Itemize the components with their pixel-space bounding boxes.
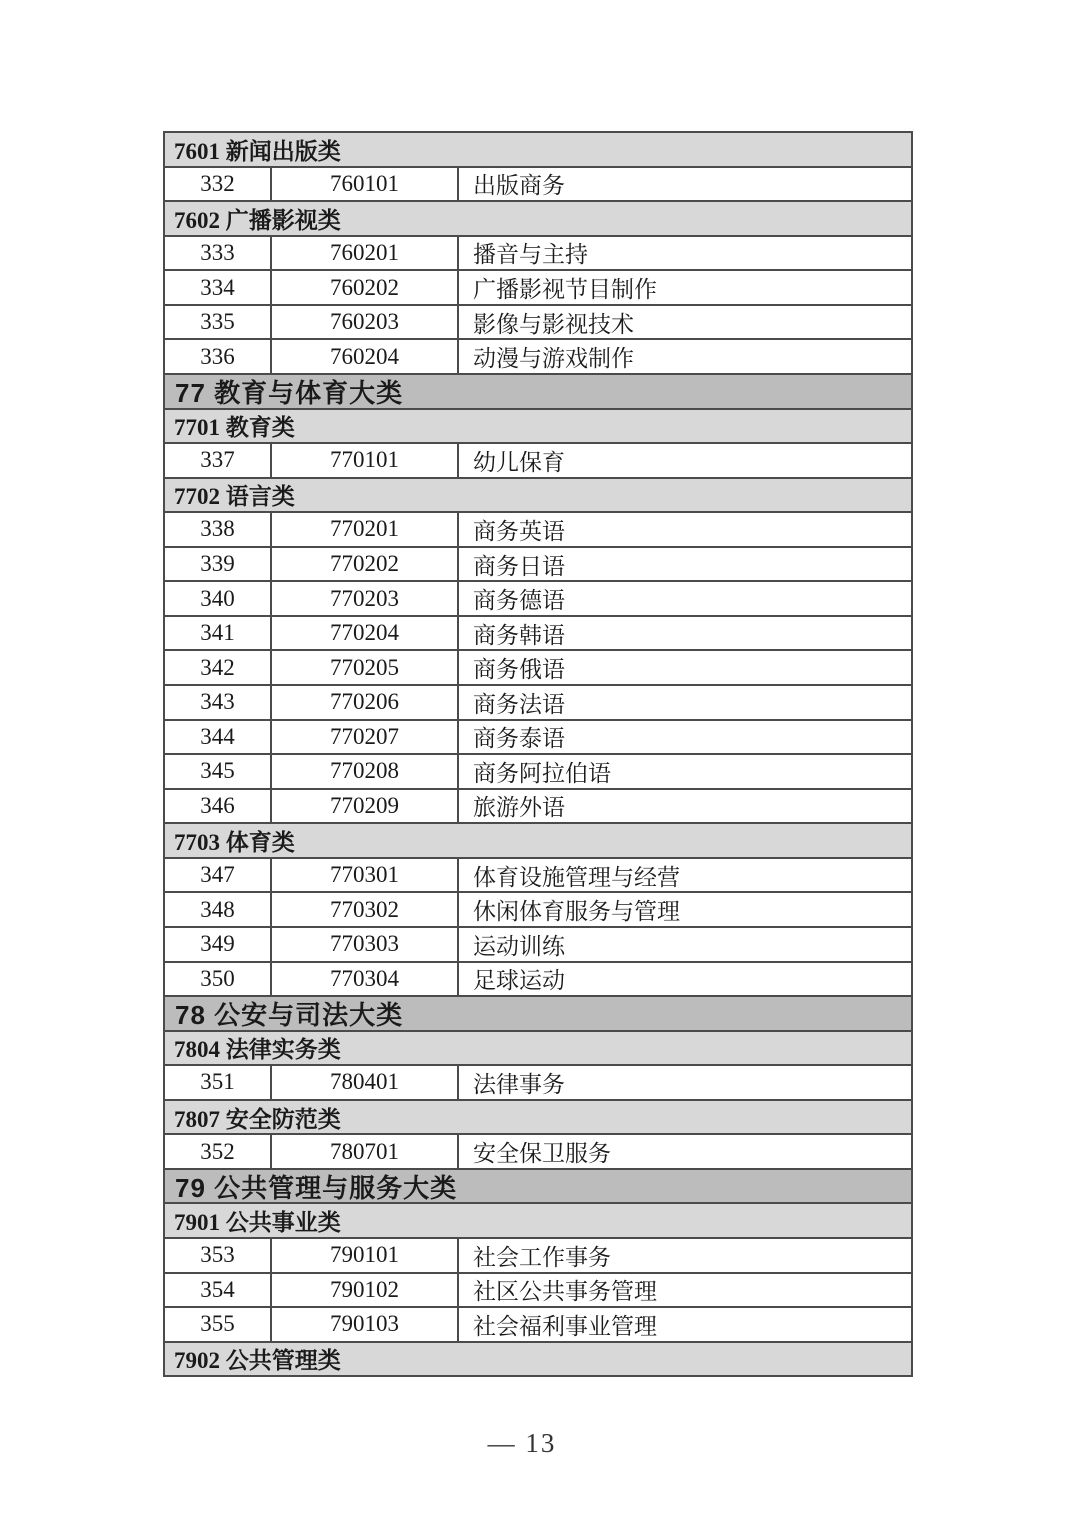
table-row: 353790101社会工作事务	[165, 1239, 911, 1274]
code-cell: 760201	[270, 237, 459, 270]
table-row: 347770301体育设施管理与经营	[165, 859, 911, 894]
table-row: 339770202商务日语	[165, 548, 911, 583]
name-cell: 播音与主持	[459, 237, 911, 270]
name-cell: 安全保卫服务	[459, 1135, 911, 1168]
table-row: 349770303运动训练	[165, 928, 911, 963]
seq-cell: 352	[165, 1135, 270, 1168]
seq-cell: 348	[165, 893, 270, 926]
name-cell: 幼儿保育	[459, 444, 911, 477]
name-cell: 休闲体育服务与管理	[459, 893, 911, 926]
subcategory-header-row: 7602 广播影视类	[165, 202, 911, 237]
code-cell: 760101	[270, 168, 459, 201]
table-row: 345770208商务阿拉伯语	[165, 755, 911, 790]
code-cell: 770206	[270, 686, 459, 719]
table-row: 336760204动漫与游戏制作	[165, 340, 911, 375]
code-cell: 770303	[270, 928, 459, 961]
subcategory-header-row: 7701 教育类	[165, 410, 911, 445]
code-cell: 770207	[270, 721, 459, 754]
name-cell: 社区公共事务管理	[459, 1274, 911, 1307]
name-cell: 商务阿拉伯语	[459, 755, 911, 788]
table-row: 342770205商务俄语	[165, 651, 911, 686]
category-header-row: 77 教育与体育大类	[165, 375, 911, 410]
seq-cell: 333	[165, 237, 270, 270]
code-cell: 770204	[270, 617, 459, 650]
code-cell: 770209	[270, 790, 459, 823]
seq-cell: 334	[165, 271, 270, 304]
subcategory-header-row: 7703 体育类	[165, 824, 911, 859]
code-cell: 770203	[270, 582, 459, 615]
seq-cell: 353	[165, 1239, 270, 1272]
code-cell: 770205	[270, 651, 459, 684]
name-cell: 商务法语	[459, 686, 911, 719]
code-cell: 770304	[270, 963, 459, 996]
seq-cell: 335	[165, 306, 270, 339]
table-row: 350770304足球运动	[165, 963, 911, 998]
subcategory-header-row: 7702 语言类	[165, 479, 911, 514]
subcategory-header-row: 7901 公共事业类	[165, 1204, 911, 1239]
name-cell: 商务韩语	[459, 617, 911, 650]
table-row: 338770201商务英语	[165, 513, 911, 548]
name-cell: 商务泰语	[459, 721, 911, 754]
code-cell: 790102	[270, 1274, 459, 1307]
table-row: 352780701安全保卫服务	[165, 1135, 911, 1170]
seq-cell: 336	[165, 340, 270, 373]
code-cell: 770301	[270, 859, 459, 892]
table-row: 337770101幼儿保育	[165, 444, 911, 479]
code-cell: 770302	[270, 893, 459, 926]
seq-cell: 332	[165, 168, 270, 201]
name-cell: 广播影视节目制作	[459, 271, 911, 304]
table-row: 333760201播音与主持	[165, 237, 911, 272]
table-row: 344770207商务泰语	[165, 721, 911, 756]
code-cell: 760204	[270, 340, 459, 373]
seq-cell: 345	[165, 755, 270, 788]
seq-cell: 350	[165, 963, 270, 996]
table-row: 341770204商务韩语	[165, 617, 911, 652]
seq-cell: 338	[165, 513, 270, 546]
code-cell: 770208	[270, 755, 459, 788]
table-row: 340770203商务德语	[165, 582, 911, 617]
major-code-table: 7601 新闻出版类332760101出版商务7602 广播影视类3337602…	[163, 131, 913, 1377]
seq-cell: 339	[165, 548, 270, 581]
seq-cell: 349	[165, 928, 270, 961]
seq-cell: 341	[165, 617, 270, 650]
table-row: 355790103社会福利事业管理	[165, 1308, 911, 1343]
seq-cell: 355	[165, 1308, 270, 1341]
name-cell: 动漫与游戏制作	[459, 340, 911, 373]
name-cell: 商务英语	[459, 513, 911, 546]
seq-cell: 342	[165, 651, 270, 684]
table-row: 346770209旅游外语	[165, 790, 911, 825]
seq-cell: 347	[165, 859, 270, 892]
table-row: 351780401法律事务	[165, 1066, 911, 1101]
name-cell: 商务德语	[459, 582, 911, 615]
name-cell: 法律事务	[459, 1066, 911, 1099]
table-row: 348770302休闲体育服务与管理	[165, 893, 911, 928]
subcategory-header-row: 7902 公共管理类	[165, 1343, 911, 1376]
code-cell: 770202	[270, 548, 459, 581]
name-cell: 足球运动	[459, 963, 911, 996]
name-cell: 运动训练	[459, 928, 911, 961]
table-row: 354790102社区公共事务管理	[165, 1274, 911, 1309]
code-cell: 780401	[270, 1066, 459, 1099]
code-cell: 790103	[270, 1308, 459, 1341]
code-cell: 760203	[270, 306, 459, 339]
name-cell: 影像与影视技术	[459, 306, 911, 339]
code-cell: 790101	[270, 1239, 459, 1272]
name-cell: 社会福利事业管理	[459, 1308, 911, 1341]
category-header-row: 79 公共管理与服务大类	[165, 1170, 911, 1205]
code-cell: 760202	[270, 271, 459, 304]
page-number: — 13	[0, 1428, 1062, 1459]
table-row: 332760101出版商务	[165, 168, 911, 203]
name-cell: 旅游外语	[459, 790, 911, 823]
name-cell: 出版商务	[459, 168, 911, 201]
seq-cell: 346	[165, 790, 270, 823]
seq-cell: 343	[165, 686, 270, 719]
seq-cell: 354	[165, 1274, 270, 1307]
table-row: 335760203影像与影视技术	[165, 306, 911, 341]
seq-cell: 351	[165, 1066, 270, 1099]
subcategory-header-row: 7804 法律实务类	[165, 1032, 911, 1067]
name-cell: 商务俄语	[459, 651, 911, 684]
name-cell: 商务日语	[459, 548, 911, 581]
subcategory-header-row: 7601 新闻出版类	[165, 133, 911, 168]
table-row: 343770206商务法语	[165, 686, 911, 721]
seq-cell: 340	[165, 582, 270, 615]
code-cell: 770201	[270, 513, 459, 546]
subcategory-header-row: 7807 安全防范类	[165, 1101, 911, 1136]
code-cell: 780701	[270, 1135, 459, 1168]
seq-cell: 337	[165, 444, 270, 477]
name-cell: 体育设施管理与经营	[459, 859, 911, 892]
code-cell: 770101	[270, 444, 459, 477]
seq-cell: 344	[165, 721, 270, 754]
table-row: 334760202广播影视节目制作	[165, 271, 911, 306]
category-header-row: 78 公安与司法大类	[165, 997, 911, 1032]
name-cell: 社会工作事务	[459, 1239, 911, 1272]
